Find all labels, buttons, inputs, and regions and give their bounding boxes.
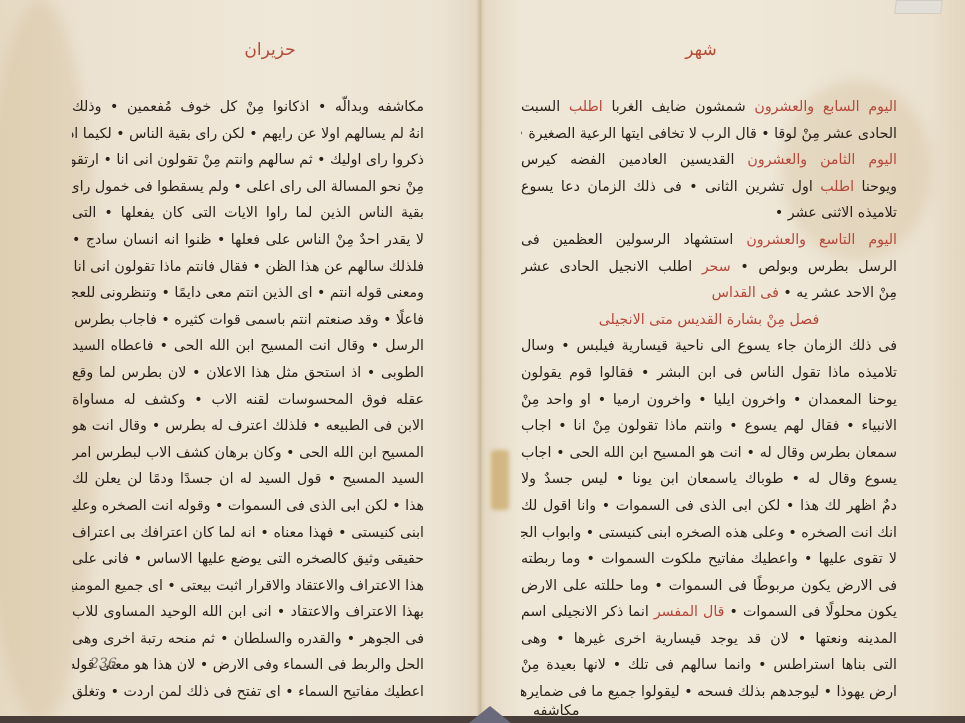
text-line: المدينه ونعتها • لان قد يوجد قيسارية اخر… (521, 626, 897, 653)
body-text: لا تقوى عليها • واعطيك مفاتيح ملكوت السم… (521, 551, 897, 567)
body-text: فى الارض يكون مربوطًا فى السموات • وما ح… (521, 578, 897, 594)
text-line: الابن فى الطبيعه • فلذلك اعترف له بطرس •… (72, 413, 424, 440)
body-text: اطلب الانجيل الحادى عشر (521, 259, 702, 275)
body-text: مِنْ الاحد عشر يه • (779, 285, 897, 301)
body-text: انما ذكر الانجيلى اسم (521, 604, 654, 620)
body-text: اول تشرين الثانى • فى ذلك الزمان دعا يسو… (521, 179, 820, 195)
text-line: انك انت الصخره • وعلى هذه الصخره ابنى كن… (521, 520, 897, 547)
book-gutter (476, 0, 486, 718)
text-line: ابنى كنيستى • فهذا معناه • انه لما كان ا… (72, 520, 424, 547)
text-line: هذا • لكن ابى الذى فى السموات • وقوله ان… (72, 493, 424, 520)
text-line: فلذلك سالهم عن هذا الظن • فقال فانتم ماذ… (72, 254, 424, 281)
body-text: تلاميذه الاثنى عشر • (775, 205, 897, 221)
body-text: التى بناها استراطس • وانما سالهم فى تلك … (521, 657, 897, 673)
body-text: السبت (521, 99, 569, 115)
text-line: المسيح ابن الله الحى • وكان برهان كشف ال… (72, 440, 424, 467)
body-text: المدينه ونعتها • لان قد يوجد قيسارية اخر… (521, 631, 897, 647)
text-line: بقية الناس الذين لما راوا الايات التى كا… (72, 200, 424, 227)
body-text: تلاميذه ماذا تقول الناس فى ابن البشر • ف… (521, 365, 897, 381)
rubric-text: سحر (702, 259, 731, 275)
body-text: انك انت الصخره • وعلى هذه الصخره ابنى كن… (521, 525, 897, 541)
text-line: لا يقدر احدٌ مِنْ الناس على فعلها • ظنوا… (72, 227, 424, 254)
text-line: مكاشفه وبدالّه • اذكانوا مِنْ كل خوف مُف… (72, 94, 424, 121)
text-line: السيد المسيح • قول السيد له ان جسدًا ودم… (72, 466, 424, 493)
text-line: اليوم الثامن والعشرون القديسين العادمين … (521, 147, 897, 174)
text-line: التى بناها استراطس • وانما سالهم فى تلك … (521, 652, 897, 679)
text-line: بهذا الاعتراف والاعتقاد • انى ابن الله ا… (72, 599, 424, 626)
text-line: فى الارض يكون مربوطًا فى السموات • وما ح… (521, 573, 897, 600)
text-line: الطوبى • اذ استحق مثل هذا الاعلان • لان … (72, 360, 424, 387)
right-page: شهر اليوم السابع والعشرون شمشون ضايف الغ… (481, 0, 965, 718)
left-page-text: مكاشفه وبدالّه • اذكانوا مِنْ كل خوف مُف… (72, 94, 424, 706)
body-text: الانبياء • فقال لهم يسوع • وانتم ماذا تق… (521, 418, 897, 434)
right-page-text: اليوم السابع والعشرون شمشون ضايف الغربا … (521, 94, 897, 718)
text-line: مِنْ نحو المسالة الى راى اعلى • ولم يسقط… (72, 174, 424, 201)
text-line: يسوع وقال له • طوباك ياسمعان ابن يونا • … (521, 466, 897, 493)
text-line: حقيقى وثيق كالصخره التى يوضع عليها الاسا… (72, 546, 424, 573)
text-line: فى ذلك الزمان جاء يسوع الى ناحية قيسارية… (521, 333, 897, 360)
rubric-text: اطلب (569, 99, 603, 115)
text-line: انهُ لم يسالهم اولا عن رايهم • لكن راى ب… (72, 121, 424, 148)
text-line: يكون محلولًا فى السموات • قال المفسر انم… (521, 599, 897, 626)
body-text: شمشون ضايف الغربا (603, 99, 755, 115)
rubric-text: اليوم السابع والعشرون (754, 99, 897, 115)
body-text: يكون محلولًا فى السموات • (724, 604, 897, 620)
manuscript-spread: حزيران مكاشفه وبدالّه • اذكانوا مِنْ كل … (0, 0, 965, 723)
text-line: اعطيك مفاتيح السماء • اى تفتح فى ذلك لمن… (72, 679, 424, 706)
text-line: لا تقوى عليها • واعطيك مفاتيح ملكوت السم… (521, 546, 897, 573)
text-line: هذا الاعتراف والاعتقاد والاقرار اثبت بيع… (72, 573, 424, 600)
glue-stain (491, 450, 509, 510)
body-text: استشهاد الرسولين العظمين فى (521, 232, 746, 248)
folio-number: 236 (90, 656, 117, 672)
body-text: القديسين العادمين الفضه كيرس (521, 152, 747, 168)
text-line: الحل والربط فى السماء وفى الارض • لان هذ… (72, 652, 424, 679)
body-text: ويوحنا (854, 179, 897, 195)
rubric-text: اطلب (820, 179, 854, 195)
text-line: ويوحنا اطلب اول تشرين الثانى • فى ذلك ال… (521, 174, 897, 201)
text-line: تلاميذه الاثنى عشر • (521, 200, 897, 227)
text-line: الانبياء • فقال لهم يسوع • وانتم ماذا تق… (521, 413, 897, 440)
text-line: ذكروا راى اوليك • ثم سالهم وانتم مِنْ تق… (72, 147, 424, 174)
left-page: حزيران مكاشفه وبدالّه • اذكانوا مِنْ كل … (0, 0, 481, 718)
text-line: اليوم التاسع والعشرون استشهاد الرسولين ا… (521, 227, 897, 254)
rubric-text: اليوم التاسع والعشرون (746, 232, 897, 248)
rubric-text: فصل مِنْ بشارة القديس متى الانجيلى (599, 312, 820, 328)
body-text: الرسل بطرس وبولص • (731, 259, 897, 275)
text-line: فى الجوهر • والقدره والسلطان • ثم منحه ر… (72, 626, 424, 653)
body-text: يوحنا المعمدان • واخرون ايليا • واخرون ا… (521, 392, 897, 408)
body-text: يسوع وقال له • طوباك ياسمعان ابن يونا • … (521, 471, 897, 487)
body-text: دمٌ اظهر لك هذا • لكن ابى الذى فى السموا… (521, 498, 897, 514)
text-line: الرسل بطرس وبولص • سحر اطلب الانجيل الحا… (521, 254, 897, 281)
text-line: تلاميذه ماذا تقول الناس فى ابن البشر • ف… (521, 360, 897, 387)
body-text: سمعان بطرس وقال له • انت هو المسيح ابن ا… (521, 445, 897, 461)
right-page-header: شهر (676, 40, 726, 60)
rubric-text: قال المفسر (654, 604, 725, 620)
body-text: فى ذلك الزمان جاء يسوع الى ناحية قيسارية… (521, 338, 897, 354)
text-line: فصل مِنْ بشارة القديس متى الانجيلى (521, 307, 897, 334)
left-page-header: حزيران (240, 40, 300, 60)
text-line: الحادى عشر مِنْ لوقا • قال الرب لا تخافى… (521, 121, 897, 148)
rubric-text: فى القداس (712, 285, 779, 301)
text-line: اليوم السابع والعشرون شمشون ضايف الغربا … (521, 94, 897, 121)
text-line: عقله فوق المحسوسات لقنه الاب • وكشف له م… (72, 387, 424, 414)
text-line: مِنْ الاحد عشر يه • فى القداس (521, 280, 897, 307)
rubric-text: اليوم الثامن والعشرون (747, 152, 897, 168)
text-line: فاعلًا • وقد صنعتم انتم باسمى قوات كثيره… (72, 307, 424, 334)
body-text: الحادى عشر مِنْ لوقا • قال الرب لا تخافى… (521, 126, 897, 142)
text-line: الرسل • وقال انت المسيح ابن الله الحى • … (72, 333, 424, 360)
text-line: سمعان بطرس وقال له • انت هو المسيح ابن ا… (521, 440, 897, 467)
text-line: ومعنى قوله انتم • اى الذين انتم معى دايم… (72, 280, 424, 307)
paper-tab (894, 0, 943, 14)
text-line: يوحنا المعمدان • واخرون ايليا • واخرون ا… (521, 387, 897, 414)
text-line: دمٌ اظهر لك هذا • لكن ابى الذى فى السموا… (521, 493, 897, 520)
